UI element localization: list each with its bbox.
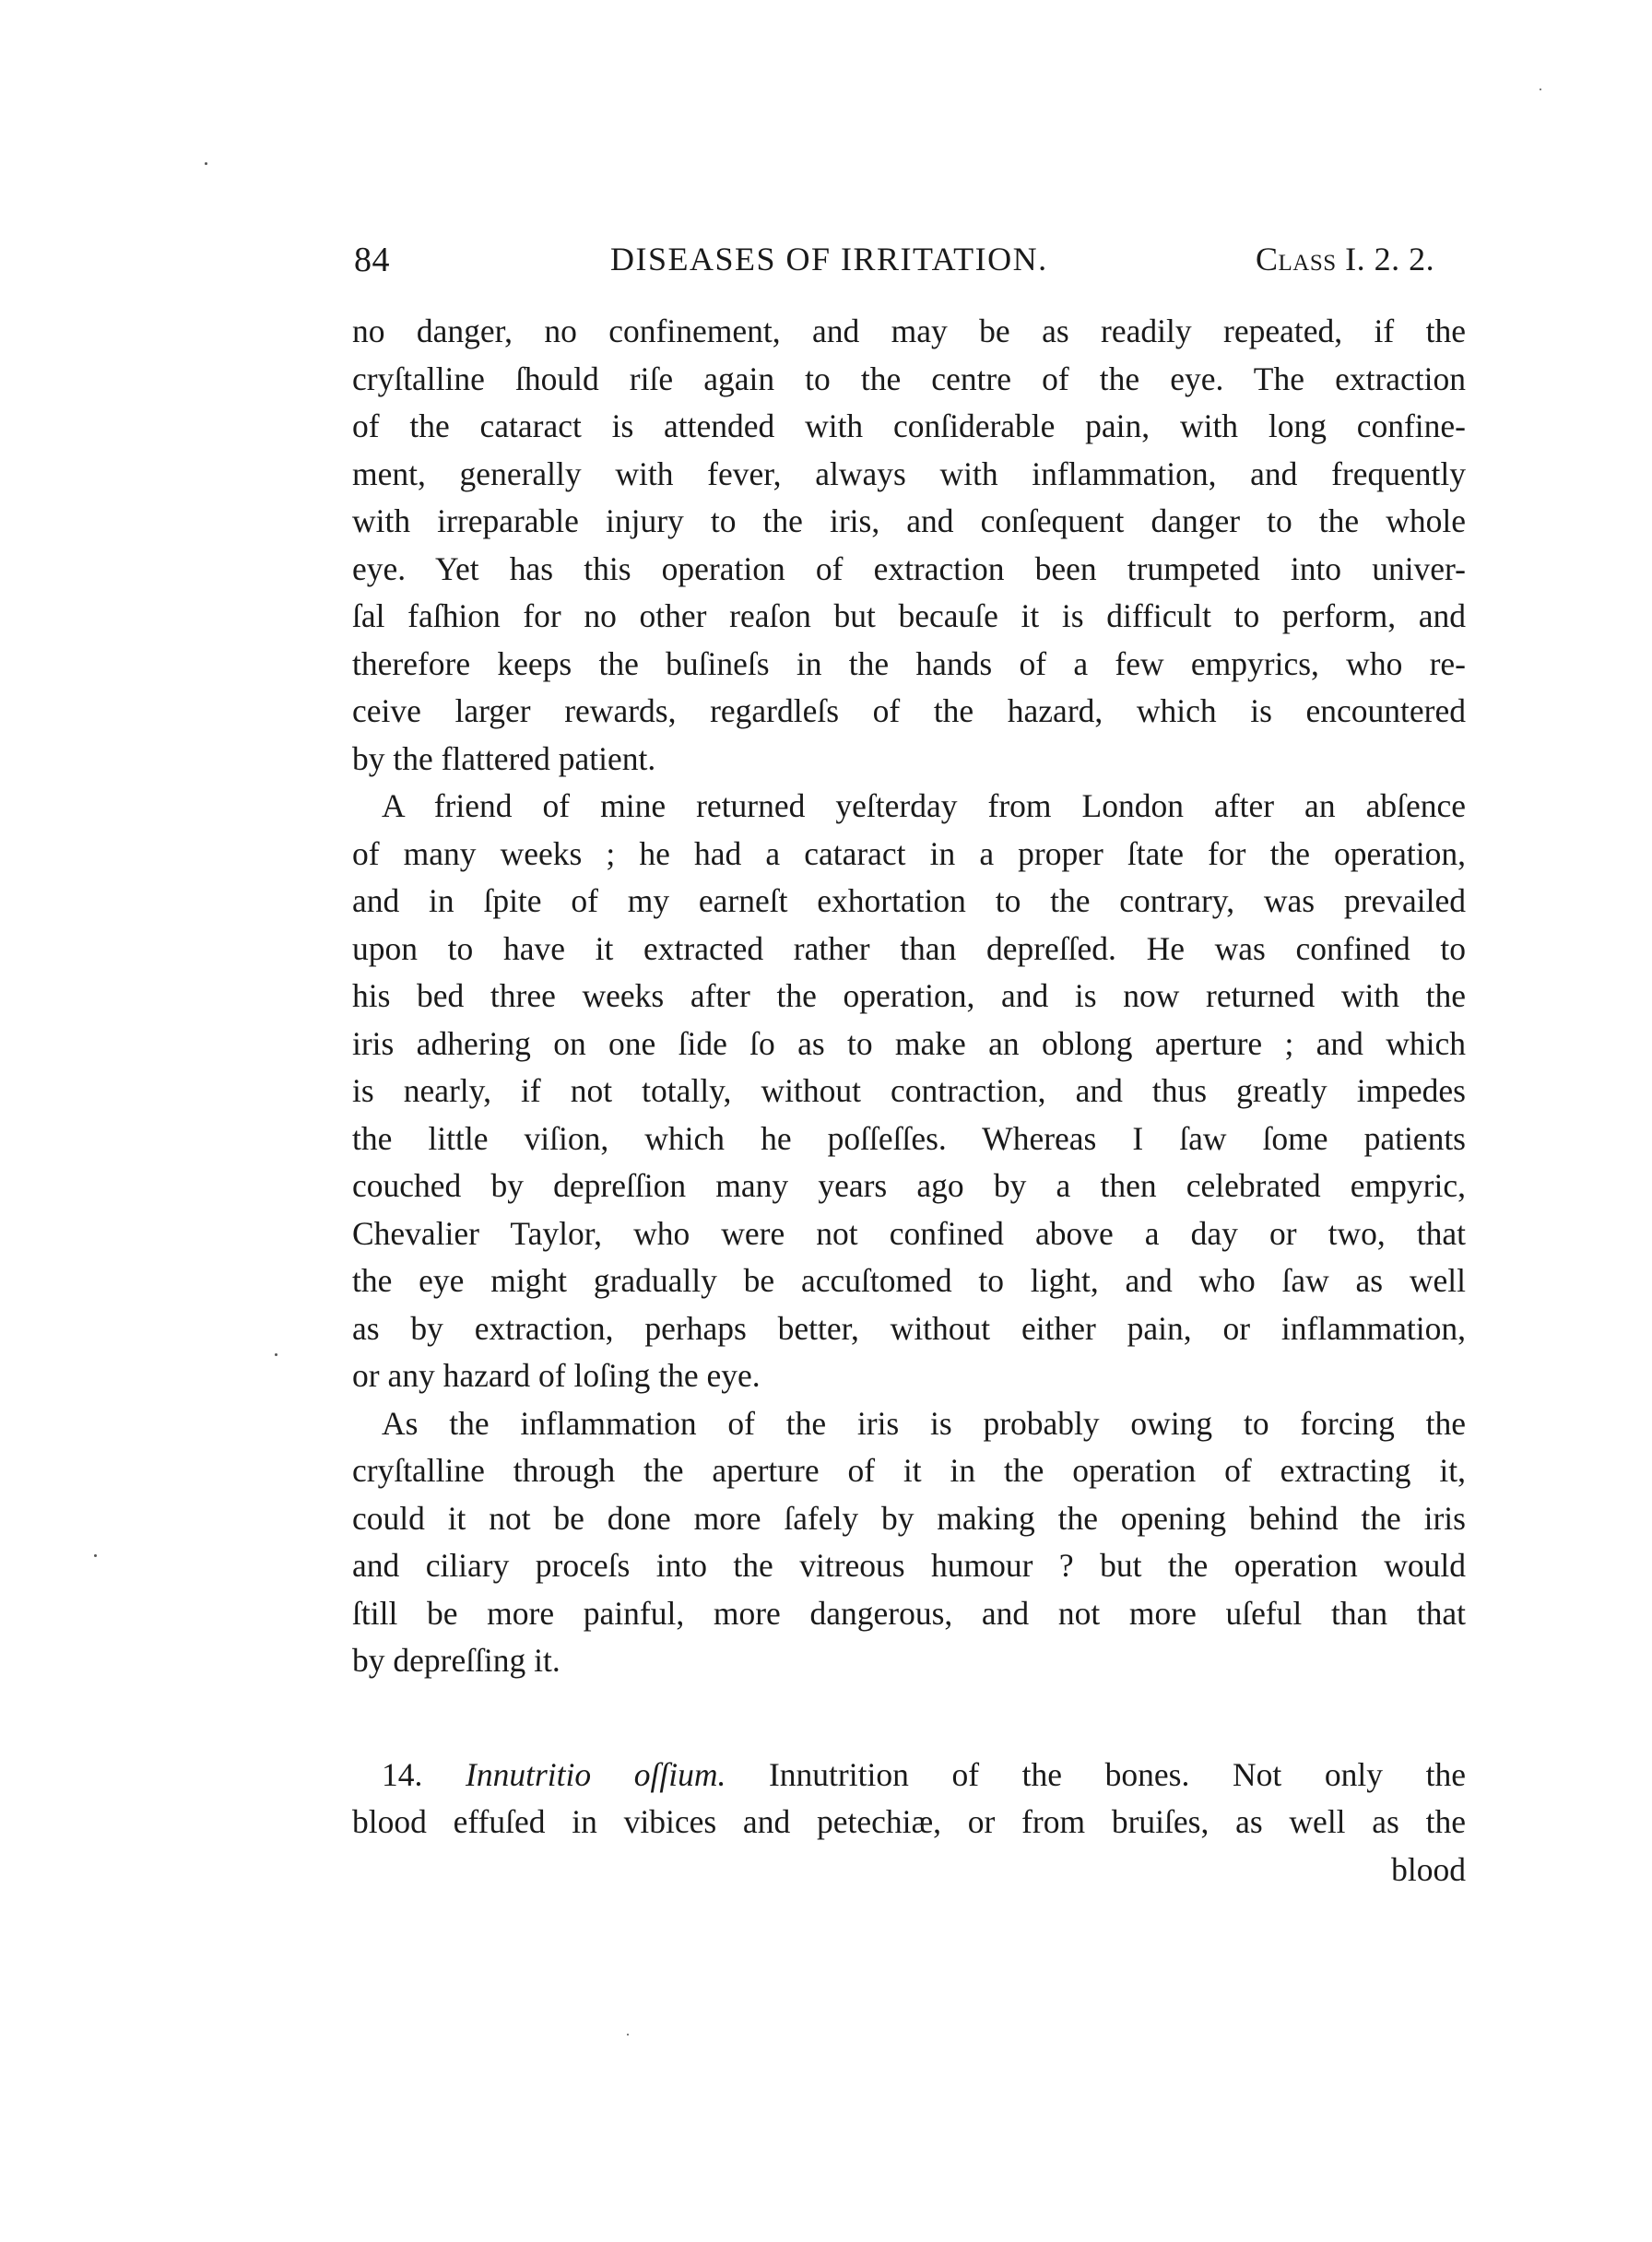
text-line: ſtill be more painful, more dangerous, a…: [352, 1590, 1466, 1638]
text-line: eye. Yet has this operation of extractio…: [352, 546, 1466, 594]
class-reference: Class I. 2. 2.: [1256, 240, 1434, 278]
text-line: no danger, no confinement, and may be as…: [352, 308, 1466, 356]
text-line: the eye might gradually be accuſtomed to…: [352, 1257, 1466, 1305]
catchword: blood: [352, 1847, 1466, 1894]
section-latin-title: Innutritio oſſium.: [466, 1756, 726, 1793]
scan-speck: [627, 2034, 629, 2035]
text-line: ceive larger rewards, regardleſs of the …: [352, 688, 1466, 736]
text-line: cryſtalline through the aperture of it i…: [352, 1447, 1466, 1495]
text-line: his bed three weeks after the operation,…: [352, 973, 1466, 1021]
text-line: A friend of mine returned yeſterday from…: [352, 783, 1466, 831]
text-line: of many weeks ; he had a cataract in a p…: [352, 831, 1466, 879]
text-line: blood effuſed in vibices and petechiæ, o…: [352, 1799, 1466, 1847]
text-line: couched by depreſſion many years ago by …: [352, 1162, 1466, 1210]
text-line: upon to have it extracted rather than de…: [352, 926, 1466, 973]
section-line-text: Innutrition of the bones. Not only the: [769, 1756, 1466, 1793]
page-number: 84: [354, 240, 390, 280]
section-number: 14.: [382, 1756, 422, 1793]
text-line: As the inflammation of the iris is proba…: [352, 1400, 1466, 1448]
text-line: by depreſſing it.: [352, 1637, 1466, 1685]
text-line: is nearly, if not totally, without contr…: [352, 1068, 1466, 1115]
text-line: Chevalier Taylor, who were not confined …: [352, 1210, 1466, 1258]
text-line: the little viſion, which he poſſeſſes. W…: [352, 1115, 1466, 1163]
text-line: iris adhering on one ſide ſo as to make …: [352, 1021, 1466, 1068]
text-line: and ciliary proceſs into the vitreous hu…: [352, 1542, 1466, 1590]
book-page: 84 DISEASES OF IRRITATION. Class I. 2. 2…: [0, 0, 1652, 2242]
text-line: ment, generally with fever, always with …: [352, 451, 1466, 499]
text-line: could it not be done more ſafely by maki…: [352, 1495, 1466, 1543]
text-line: with irreparable injury to the iris, and…: [352, 498, 1466, 546]
text-line: or any hazard of loſing the eye.: [352, 1352, 1466, 1400]
text-line: and in ſpite of my earneſt exhortation t…: [352, 878, 1466, 926]
paragraph-1: no danger, no confinement, and may be as…: [352, 308, 1466, 783]
text-line: cryſtalline ſhould riſe again to the cen…: [352, 356, 1466, 404]
scan-speck: [275, 1353, 277, 1356]
scan-speck: [205, 162, 207, 165]
paragraph-3: As the inflammation of the iris is proba…: [352, 1400, 1466, 1685]
running-title: DISEASES OF IRRITATION.: [610, 240, 1048, 278]
text-line: of the cataract is attended with conſide…: [352, 403, 1466, 451]
section-14: 14. Innutritio oſſium. Innutrition of th…: [352, 1752, 1466, 1894]
running-head: 84 DISEASES OF IRRITATION. Class I. 2. 2…: [352, 230, 1468, 286]
scan-speck: [1540, 88, 1541, 90]
body-text: no danger, no confinement, and may be as…: [352, 308, 1466, 1894]
text-line: therefore keeps the buſineſs in the hand…: [352, 641, 1466, 689]
text-line: by the flattered patient.: [352, 736, 1466, 784]
text-line: ſal faſhion for no other reaſon but beca…: [352, 593, 1466, 641]
section-spacer: [352, 1685, 1466, 1752]
paragraph-2: A friend of mine returned yeſterday from…: [352, 783, 1466, 1400]
text-line: as by extraction, perhaps better, withou…: [352, 1305, 1466, 1353]
section-heading-line: 14. Innutritio oſſium. Innutrition of th…: [352, 1752, 1466, 1799]
scan-speck: [94, 1554, 97, 1557]
